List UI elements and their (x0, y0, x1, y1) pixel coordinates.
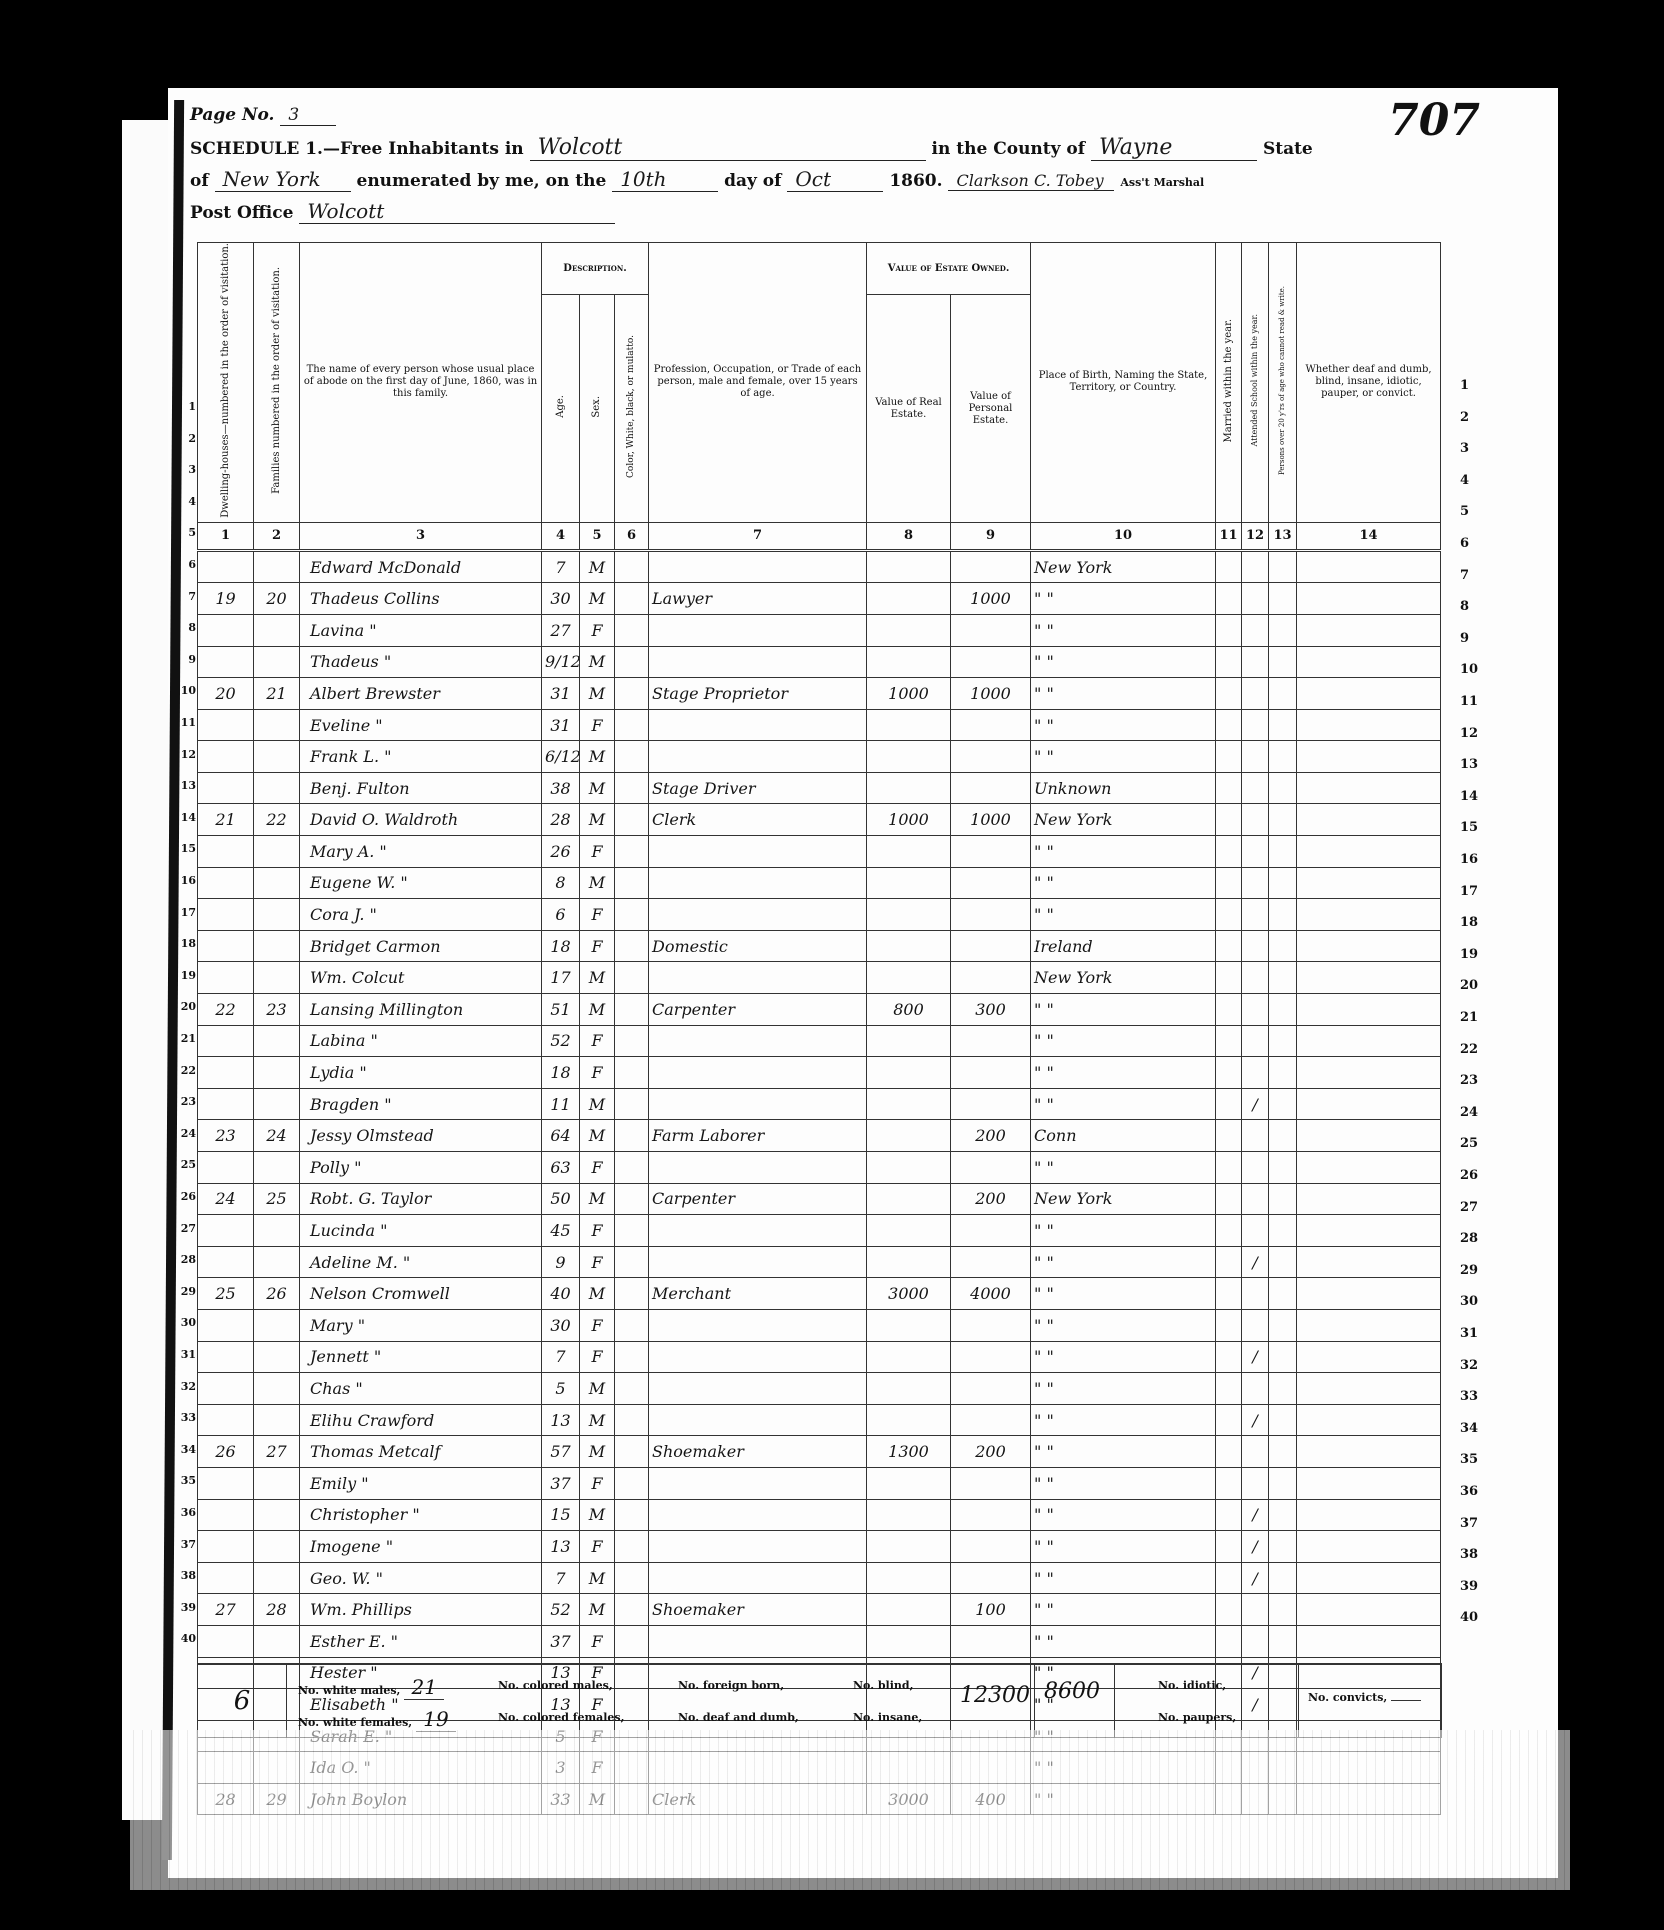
table-row: Jennett "7F" "/ (198, 1341, 1441, 1373)
disability-cell (1297, 583, 1441, 615)
dwelling-number-cell (198, 1499, 254, 1531)
dwelling-number-cell (198, 1404, 254, 1436)
married-within-year-cell (1216, 741, 1242, 773)
age-cell: 40 (542, 1278, 580, 1310)
age-cell: 15 (542, 1499, 580, 1531)
line-number-left: 14 (178, 811, 196, 824)
occupation-cell: Stage Driver (649, 772, 867, 804)
line-number-left: 15 (178, 842, 196, 855)
real-estate-value-cell (867, 1625, 951, 1657)
real-estate-value-cell (867, 1341, 951, 1373)
scan-noise (130, 1730, 1570, 1890)
cannot-read-write-cell (1269, 1057, 1297, 1089)
personal-estate-value-cell (951, 1499, 1031, 1531)
sex-cell: M (580, 772, 615, 804)
color-cell (615, 772, 649, 804)
cannot-read-write-cell (1269, 1594, 1297, 1626)
month-value: Oct (787, 167, 883, 192)
attended-school-cell (1242, 1120, 1269, 1152)
table-row: Eveline "31F" " (198, 709, 1441, 741)
col-number: 1 (198, 522, 254, 550)
disability-cell (1297, 899, 1441, 931)
personal-estate-value-cell (951, 614, 1031, 646)
sex-cell: F (580, 1215, 615, 1247)
person-name-cell: Benj. Fulton (300, 772, 542, 804)
person-name-cell: Lydia " (300, 1057, 542, 1089)
dwelling-number-cell (198, 867, 254, 899)
birthplace-cell: New York (1031, 962, 1216, 994)
personal-estate-value-cell (951, 836, 1031, 868)
married-within-year-cell (1216, 1562, 1242, 1594)
disability-cell (1297, 1404, 1441, 1436)
color-cell (615, 709, 649, 741)
col3-header: The name of every person whose usual pla… (300, 243, 542, 523)
person-name-cell: Robt. G. Taylor (300, 1183, 542, 1215)
deaf-dumb-label: No. deaf and dumb, (678, 1711, 799, 1724)
table-row: Esther E. "37F" " (198, 1625, 1441, 1657)
occupation-cell (649, 1025, 867, 1057)
occupation-cell (649, 1057, 867, 1089)
attended-school-cell (1242, 772, 1269, 804)
line-number-left: 24 (178, 1127, 196, 1140)
real-estate-value-cell: 1000 (867, 804, 951, 836)
personal-estate-value-cell (951, 646, 1031, 678)
birthplace-cell: " " (1031, 1436, 1216, 1468)
table-row: Polly "63F" " (198, 1152, 1441, 1184)
family-number-cell: 23 (254, 994, 300, 1026)
cannot-read-write-cell (1269, 1562, 1297, 1594)
attended-school-cell (1242, 550, 1269, 583)
married-within-year-cell (1216, 804, 1242, 836)
color-cell (615, 1404, 649, 1436)
family-number-cell: 26 (254, 1278, 300, 1310)
color-cell (615, 1278, 649, 1310)
real-estate-value-cell (867, 1246, 951, 1278)
age-cell: 45 (542, 1215, 580, 1247)
occupation-cell (649, 867, 867, 899)
attended-school-cell: / (1242, 1499, 1269, 1531)
attended-school-cell (1242, 1309, 1269, 1341)
line-number-right: 22 (1460, 1042, 1488, 1057)
married-within-year-cell (1216, 1404, 1242, 1436)
cannot-read-write-cell (1269, 709, 1297, 741)
cannot-read-write-cell (1269, 678, 1297, 710)
line-number-right: 13 (1460, 757, 1488, 772)
line-number-right: 5 (1460, 504, 1488, 519)
color-cell (615, 1531, 649, 1563)
table-row: 2526Nelson Cromwell40MMerchant30004000" … (198, 1278, 1441, 1310)
line-number-right: 12 (1460, 726, 1488, 741)
disability-cell (1297, 1499, 1441, 1531)
married-within-year-cell (1216, 962, 1242, 994)
line-number-left: 16 (178, 874, 196, 887)
person-name-cell: David O. Waldroth (300, 804, 542, 836)
real-estate-total: 12300 (960, 1683, 1030, 1708)
married-within-year-cell (1216, 583, 1242, 615)
birthplace-cell: " " (1031, 1404, 1216, 1436)
dwelling-number-cell: 22 (198, 994, 254, 1026)
line-number-left: 18 (178, 937, 196, 950)
age-cell: 57 (542, 1436, 580, 1468)
col8-header: Value of Real Estate. (867, 295, 951, 522)
personal-estate-value-cell: 1000 (951, 678, 1031, 710)
cannot-read-write-cell (1269, 1278, 1297, 1310)
col9-header: Value of Personal Estate. (951, 295, 1031, 522)
personal-estate-value-cell (951, 709, 1031, 741)
married-within-year-cell (1216, 1499, 1242, 1531)
line-number-left: 39 (178, 1601, 196, 1614)
table-row: 2223Lansing Millington51MCarpenter800300… (198, 994, 1441, 1026)
birthplace-cell: " " (1031, 1088, 1216, 1120)
birthplace-cell: New York (1031, 550, 1216, 583)
dwelling-number-cell (198, 899, 254, 931)
line-number-right: 34 (1460, 1421, 1488, 1436)
real-estate-value-cell (867, 1183, 951, 1215)
column-number-row: 1 2 3 4 5 6 7 8 9 10 11 12 13 14 (198, 522, 1441, 550)
foreign-born-label: No. foreign born, (678, 1679, 784, 1692)
disability-cell (1297, 1531, 1441, 1563)
attended-school-cell (1242, 678, 1269, 710)
line-number-left: 33 (178, 1411, 196, 1424)
county-value: Wayne (1091, 135, 1257, 161)
occupation-cell: Lawyer (649, 583, 867, 615)
table-row: 2324Jessy Olmstead64MFarm Laborer200Conn (198, 1120, 1441, 1152)
birthplace-cell: " " (1031, 614, 1216, 646)
birthplace-cell: " " (1031, 867, 1216, 899)
person-name-cell: Eveline " (300, 709, 542, 741)
cannot-read-write-cell (1269, 1404, 1297, 1436)
line-number-left: 9 (178, 653, 196, 666)
col-number: 13 (1269, 522, 1297, 550)
table-row: Eugene W. "8M" " (198, 867, 1441, 899)
table-row: Cora J. "6F" " (198, 899, 1441, 931)
personal-estate-value-cell: 1000 (951, 804, 1031, 836)
cannot-read-write-cell (1269, 1152, 1297, 1184)
table-row: 2728Wm. Phillips52MShoemaker100" " (198, 1594, 1441, 1626)
dwelling-number-cell (198, 614, 254, 646)
age-cell: 11 (542, 1088, 580, 1120)
age-cell: 7 (542, 550, 580, 583)
table-row: Wm. Colcut17MNew York (198, 962, 1441, 994)
age-cell: 26 (542, 836, 580, 868)
sex-cell: F (580, 614, 615, 646)
age-cell: 9/12 (542, 646, 580, 678)
family-number-cell (254, 1246, 300, 1278)
attended-school-cell (1242, 646, 1269, 678)
personal-estate-value-cell: 300 (951, 994, 1031, 1026)
married-within-year-cell (1216, 1467, 1242, 1499)
personal-estate-value-cell (951, 1057, 1031, 1089)
sex-cell: M (580, 1436, 615, 1468)
occupation-cell: Stage Proprietor (649, 678, 867, 710)
year-value: 1860. (889, 171, 942, 191)
col-number: 10 (1031, 522, 1216, 550)
birthplace-cell: " " (1031, 899, 1216, 931)
cannot-read-write-cell (1269, 1625, 1297, 1657)
real-estate-value-cell (867, 646, 951, 678)
age-cell: 37 (542, 1625, 580, 1657)
family-number-cell: 20 (254, 583, 300, 615)
birthplace-cell: New York (1031, 804, 1216, 836)
family-number-cell (254, 741, 300, 773)
col-number: 2 (254, 522, 300, 550)
age-cell: 63 (542, 1152, 580, 1184)
table-row: 2122David O. Waldroth28MClerk10001000New… (198, 804, 1441, 836)
line-number-right: 29 (1460, 1263, 1488, 1278)
age-cell: 64 (542, 1120, 580, 1152)
sex-cell: M (580, 1088, 615, 1120)
line-number-right: 17 (1460, 884, 1488, 899)
line-number-left: 29 (178, 1285, 196, 1298)
line-number-left: 2 (178, 432, 196, 445)
color-cell (615, 804, 649, 836)
real-estate-value-cell: 1000 (867, 678, 951, 710)
dwelling-number-cell: 20 (198, 678, 254, 710)
line-number-left: 10 (178, 684, 196, 697)
line-number-right: 35 (1460, 1452, 1488, 1467)
real-estate-value-cell (867, 583, 951, 615)
table-row: 2425Robt. G. Taylor50MCarpenter200New Yo… (198, 1183, 1441, 1215)
family-number-cell (254, 1467, 300, 1499)
color-cell (615, 1088, 649, 1120)
line-number-right: 39 (1460, 1579, 1488, 1594)
col4-header: Age. (542, 295, 580, 522)
colored-females-label: No. colored females, (498, 1711, 624, 1724)
dwelling-number-cell (198, 709, 254, 741)
birthplace-cell: " " (1031, 1531, 1216, 1563)
age-cell: 30 (542, 583, 580, 615)
personal-estate-value-cell (951, 1025, 1031, 1057)
attended-school-cell: / (1242, 1246, 1269, 1278)
disability-cell (1297, 1025, 1441, 1057)
of-label: of (190, 171, 209, 191)
line-number-right: 2 (1460, 410, 1488, 425)
occupation-cell (649, 1088, 867, 1120)
stamped-page-number: 707 (1388, 95, 1480, 146)
dwelling-number-cell (198, 1373, 254, 1405)
age-cell: 13 (542, 1531, 580, 1563)
cannot-read-write-cell (1269, 804, 1297, 836)
person-name-cell: Lucinda " (300, 1215, 542, 1247)
attended-school-cell (1242, 614, 1269, 646)
birthplace-cell: " " (1031, 1341, 1216, 1373)
person-name-cell: Nelson Cromwell (300, 1278, 542, 1310)
attended-school-cell (1242, 994, 1269, 1026)
cannot-read-write-cell (1269, 1341, 1297, 1373)
personal-estate-value-cell (951, 1215, 1031, 1247)
cannot-read-write-cell (1269, 583, 1297, 615)
birthplace-cell: " " (1031, 1152, 1216, 1184)
cannot-read-write-cell (1269, 550, 1297, 583)
dwelling-number-cell: 23 (198, 1120, 254, 1152)
occupation-cell (649, 1625, 867, 1657)
real-estate-value-cell (867, 1215, 951, 1247)
birthplace-cell: " " (1031, 1594, 1216, 1626)
married-within-year-cell (1216, 867, 1242, 899)
real-estate-value-cell (867, 1531, 951, 1563)
attended-school-cell (1242, 1625, 1269, 1657)
married-within-year-cell (1216, 1373, 1242, 1405)
married-within-year-cell (1216, 1183, 1242, 1215)
disability-cell (1297, 709, 1441, 741)
family-number-cell (254, 550, 300, 583)
occupation-cell: Merchant (649, 1278, 867, 1310)
real-estate-value-cell (867, 899, 951, 931)
age-cell: 37 (542, 1467, 580, 1499)
color-cell (615, 741, 649, 773)
attended-school-cell (1242, 1057, 1269, 1089)
disability-cell (1297, 804, 1441, 836)
color-cell (615, 1215, 649, 1247)
birthplace-cell: " " (1031, 1057, 1216, 1089)
sex-cell: M (580, 1183, 615, 1215)
attended-school-cell (1242, 1025, 1269, 1057)
birthplace-cell: " " (1031, 994, 1216, 1026)
line-number-right: 9 (1460, 631, 1488, 646)
table-row: 2021Albert Brewster31MStage Proprietor10… (198, 678, 1441, 710)
line-number-left: 1 (178, 400, 196, 413)
family-number-cell: 27 (254, 1436, 300, 1468)
real-estate-value-cell (867, 1594, 951, 1626)
married-within-year-cell (1216, 646, 1242, 678)
dwelling-number-cell (198, 772, 254, 804)
page-totals: 6 No. white males, 21 No. white females,… (197, 1663, 1442, 1738)
family-number-cell (254, 772, 300, 804)
disability-cell (1297, 1436, 1441, 1468)
real-estate-value-cell: 800 (867, 994, 951, 1026)
table-row: Emily "37F" " (198, 1467, 1441, 1499)
line-number-right: 25 (1460, 1136, 1488, 1151)
sex-cell: F (580, 1246, 615, 1278)
sex-cell: M (580, 741, 615, 773)
personal-estate-value-cell (951, 1467, 1031, 1499)
line-number-left: 21 (178, 1032, 196, 1045)
personal-estate-value-cell (951, 741, 1031, 773)
married-within-year-cell (1216, 1152, 1242, 1184)
dwelling-number-cell (198, 1625, 254, 1657)
cannot-read-write-cell (1269, 1309, 1297, 1341)
adjacent-page-fragment (122, 120, 170, 1820)
personal-estate-value-cell (951, 1341, 1031, 1373)
cannot-read-write-cell (1269, 1215, 1297, 1247)
table-row: Benj. Fulton38MStage DriverUnknown (198, 772, 1441, 804)
post-office-label: Post Office (190, 203, 293, 223)
sex-cell: M (580, 962, 615, 994)
attended-school-cell (1242, 1278, 1269, 1310)
table-row: Mary A. "26F" " (198, 836, 1441, 868)
line-number-right: 36 (1460, 1484, 1488, 1499)
state-label: State (1263, 139, 1313, 159)
marshal-name: Clarkson C. Tobey (948, 171, 1114, 191)
occupation-cell (649, 1467, 867, 1499)
real-estate-value-cell (867, 1057, 951, 1089)
line-number-left: 11 (178, 716, 196, 729)
disability-cell (1297, 1152, 1441, 1184)
personal-estate-value-cell (951, 550, 1031, 583)
color-cell (615, 1309, 649, 1341)
family-number-cell (254, 899, 300, 931)
line-number-right: 21 (1460, 1010, 1488, 1025)
personal-estate-value-cell (951, 899, 1031, 931)
disability-cell (1297, 772, 1441, 804)
cannot-read-write-cell (1269, 1499, 1297, 1531)
sex-cell: M (580, 1594, 615, 1626)
person-name-cell: Thadeus " (300, 646, 542, 678)
census-table: Dwelling-houses—numbered in the order of… (197, 242, 1441, 1815)
attended-school-cell (1242, 1373, 1269, 1405)
family-number-cell: 22 (254, 804, 300, 836)
disability-cell (1297, 1562, 1441, 1594)
color-cell (615, 550, 649, 583)
family-number-cell (254, 1531, 300, 1563)
birthplace-cell: " " (1031, 1562, 1216, 1594)
dwelling-number-cell (198, 1215, 254, 1247)
line-number-left: 34 (178, 1443, 196, 1456)
county-label: in the County of (932, 139, 1086, 159)
line-number-left: 28 (178, 1253, 196, 1266)
personal-estate-value-cell: 1000 (951, 583, 1031, 615)
dwelling-number-cell: 24 (198, 1183, 254, 1215)
married-within-year-cell (1216, 930, 1242, 962)
table-row: Bragden "11M" "/ (198, 1088, 1441, 1120)
col-number: 3 (300, 522, 542, 550)
sex-cell: F (580, 1625, 615, 1657)
birthplace-cell: " " (1031, 1215, 1216, 1247)
real-estate-value-cell (867, 772, 951, 804)
attended-school-cell (1242, 867, 1269, 899)
real-estate-value-cell (867, 1562, 951, 1594)
disability-cell (1297, 1120, 1441, 1152)
married-within-year-cell (1216, 836, 1242, 868)
line-number-right: 1 (1460, 378, 1488, 393)
occupation-cell (649, 1373, 867, 1405)
sex-cell: M (580, 804, 615, 836)
line-number-left: 19 (178, 969, 196, 982)
line-number-left: 32 (178, 1380, 196, 1393)
person-name-cell: Lansing Millington (300, 994, 542, 1026)
disability-cell (1297, 1088, 1441, 1120)
person-name-cell: Thomas Metcalf (300, 1436, 542, 1468)
birthplace-cell: " " (1031, 1025, 1216, 1057)
real-estate-value-cell (867, 836, 951, 868)
attended-school-cell (1242, 1152, 1269, 1184)
table-row: Christopher "15M" "/ (198, 1499, 1441, 1531)
occupation-cell (649, 741, 867, 773)
disability-cell (1297, 1467, 1441, 1499)
family-number-cell (254, 614, 300, 646)
occupation-cell: Carpenter (649, 1183, 867, 1215)
disability-cell (1297, 1594, 1441, 1626)
occupation-cell: Clerk (649, 804, 867, 836)
sex-cell: F (580, 836, 615, 868)
real-estate-value-cell (867, 550, 951, 583)
age-cell: 8 (542, 867, 580, 899)
sex-cell: M (580, 867, 615, 899)
line-number-right: 23 (1460, 1073, 1488, 1088)
table-row: Lavina "27F" " (198, 614, 1441, 646)
occupation-cell (649, 962, 867, 994)
family-number-cell (254, 867, 300, 899)
birthplace-cell: " " (1031, 1625, 1216, 1657)
family-number-cell (254, 962, 300, 994)
married-within-year-cell (1216, 1436, 1242, 1468)
real-estate-value-cell (867, 962, 951, 994)
married-within-year-cell (1216, 1531, 1242, 1563)
color-cell (615, 646, 649, 678)
dwelling-number-cell (198, 1088, 254, 1120)
white-females-value: 19 (416, 1707, 456, 1732)
personal-estate-value-cell: 200 (951, 1120, 1031, 1152)
